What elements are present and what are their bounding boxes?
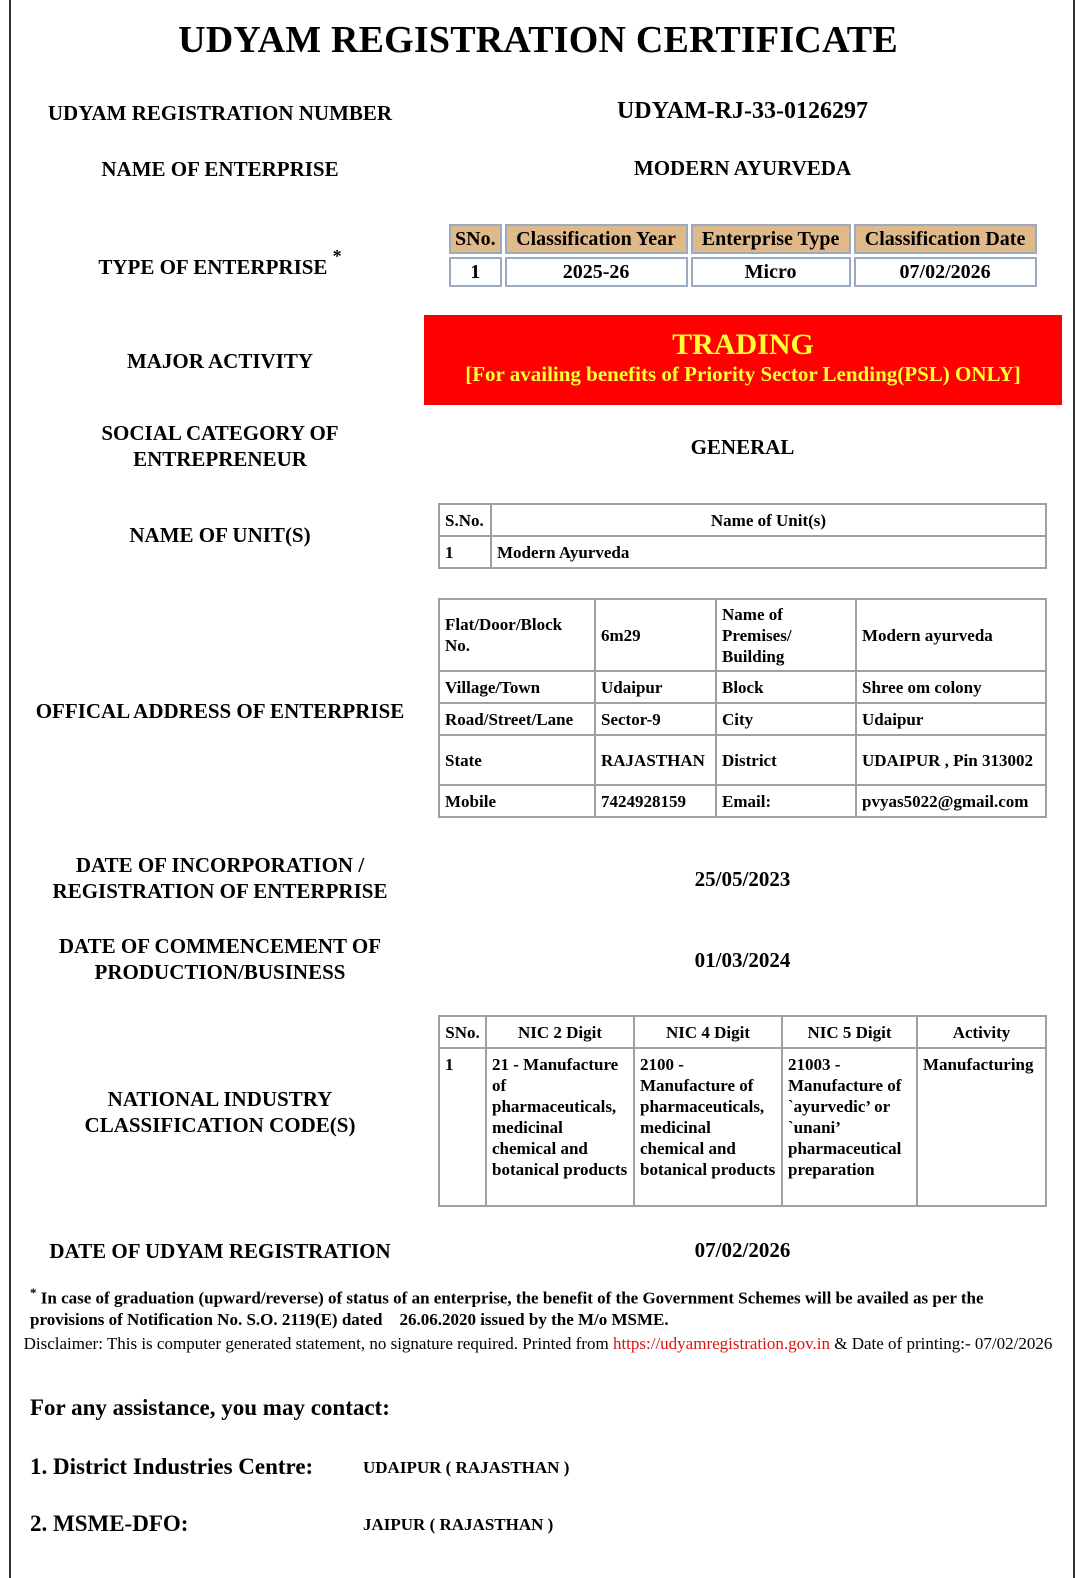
header-unit-name: Name of Unit(s) [491, 504, 1046, 536]
table-row: 1 2025-26 Micro 07/02/2026 [449, 257, 1037, 287]
cell-flat-label: Flat/Door/Block No. [439, 599, 595, 671]
units-header-row: S.No. Name of Unit(s) [439, 504, 1046, 536]
enterprise-type-label: TYPE OF ENTERPRISE * [20, 247, 420, 280]
dic-label: 1. District Industries Centre: [30, 1454, 313, 1480]
table-row: Road/Street/Lane Sector-9 City Udaipur [439, 703, 1046, 735]
enterprise-type-label-text: TYPE OF ENTERPRISE [98, 255, 327, 279]
cell-sno: 1 [449, 257, 502, 287]
footnote-asterisk: * [30, 1285, 37, 1300]
commencement-label-line1: DATE OF COMMENCEMENT OF [20, 933, 420, 959]
social-category-label-line1: SOCIAL CATEGORY OF [20, 420, 420, 446]
registration-number-value: UDYAM-RJ-33-0126297 [430, 98, 1055, 125]
incorporation-label-line2: REGISTRATION OF ENTERPRISE [20, 878, 420, 904]
nic-label-line1: NATIONAL INDUSTRY [20, 1086, 420, 1112]
cell-city-label: City [716, 703, 856, 735]
classification-table: SNo. Classification Year Enterprise Type… [446, 221, 1040, 290]
graduation-footnote: * In case of graduation (upward/reverse)… [30, 1282, 1060, 1330]
cell-block-label: Block [716, 671, 856, 703]
incorporation-label-line1: DATE OF INCORPORATION / [20, 852, 420, 878]
table-row: Mobile 7424928159 Email: pvyas5022@gmail… [439, 785, 1046, 817]
cell-nic5: 21003 - Manufacture of `ayurvedic’ or `u… [782, 1048, 917, 1206]
registration-number-label: UDYAM REGISTRATION NUMBER [20, 100, 420, 126]
header-classification-year: Classification Year [505, 224, 688, 254]
nic-table: SNo. NIC 2 Digit NIC 4 Digit NIC 5 Digit… [438, 1015, 1047, 1207]
msme-dfo-value: JAIPUR ( RAJASTHAN ) [363, 1515, 553, 1535]
header-nic2: NIC 2 Digit [486, 1016, 634, 1048]
social-category-value: GENERAL [430, 435, 1055, 460]
asterisk-marker: * [333, 246, 342, 266]
cell-state-label: State [439, 735, 595, 785]
major-activity-label: MAJOR ACTIVITY [20, 348, 420, 374]
cell-block-value: Shree om colony [856, 671, 1046, 703]
commencement-date-value: 01/03/2024 [430, 948, 1055, 973]
cell-nic4: 2100 - Manufacture of pharmaceuticals, m… [634, 1048, 782, 1206]
disclaimer: Disclaimer: This is computer generated s… [20, 1333, 1056, 1354]
cell-unit-name: Modern Ayurveda [491, 536, 1046, 568]
enterprise-name-label: NAME OF ENTERPRISE [20, 156, 420, 182]
cell-classification-year: 2025-26 [505, 257, 688, 287]
table-row: Flat/Door/Block No. 6m29 Name of Premise… [439, 599, 1046, 671]
table-row: State RAJASTHAN District UDAIPUR , Pin 3… [439, 735, 1046, 785]
cell-district-value: UDAIPUR , Pin 313002 [856, 735, 1046, 785]
disclaimer-suffix: & Date of printing:- 07/02/2026 [830, 1334, 1052, 1353]
social-category-label-line2: ENTREPRENEUR [20, 446, 420, 472]
table-row: 1 21 - Manufacture of pharmaceuticals, m… [439, 1048, 1046, 1206]
commencement-date-label: DATE OF COMMENCEMENT OF PRODUCTION/BUSIN… [20, 933, 420, 985]
header-nic5: NIC 5 Digit [782, 1016, 917, 1048]
cell-village-label: Village/Town [439, 671, 595, 703]
cell-enterprise-type: Micro [691, 257, 851, 287]
cell-nic2: 21 - Manufacture of pharmaceuticals, med… [486, 1048, 634, 1206]
units-label: NAME OF UNIT(S) [20, 522, 420, 548]
disclaimer-prefix: Disclaimer: This is computer generated s… [24, 1334, 613, 1353]
incorporation-date-value: 25/05/2023 [430, 867, 1055, 892]
address-table: Flat/Door/Block No. 6m29 Name of Premise… [438, 598, 1047, 818]
cell-email-label: Email: [716, 785, 856, 817]
cell-mobile-label: Mobile [439, 785, 595, 817]
header-sno: SNo. [449, 224, 502, 254]
nic-header-row: SNo. NIC 2 Digit NIC 4 Digit NIC 5 Digit… [439, 1016, 1046, 1048]
commencement-label-line2: PRODUCTION/BUSINESS [20, 959, 420, 985]
udyam-portal-link[interactable]: https://udyamregistration.gov.in [613, 1334, 830, 1353]
major-activity-note: [For availing benefits of Priority Secto… [424, 361, 1062, 387]
header-nic4: NIC 4 Digit [634, 1016, 782, 1048]
msme-dfo-label: 2. MSME-DFO: [30, 1511, 188, 1537]
cell-city-value: Udaipur [856, 703, 1046, 735]
header-sno: SNo. [439, 1016, 486, 1048]
address-label: OFFICAL ADDRESS OF ENTERPRISE [20, 698, 420, 724]
footnote-text: In case of graduation (upward/reverse) o… [30, 1289, 988, 1329]
nic-label: NATIONAL INDUSTRY CLASSIFICATION CODE(S) [20, 1086, 420, 1138]
cell-sno: 1 [439, 1048, 486, 1206]
major-activity-value: TRADING [424, 329, 1062, 361]
cell-premises-value: Modern ayurveda [856, 599, 1046, 671]
dic-value: UDAIPUR ( RAJASTHAN ) [363, 1458, 569, 1478]
udyam-registration-date-label: DATE OF UDYAM REGISTRATION [20, 1238, 420, 1264]
cell-state-value: RAJASTHAN [595, 735, 716, 785]
header-activity: Activity [917, 1016, 1046, 1048]
assistance-heading: For any assistance, you may contact: [30, 1395, 390, 1421]
units-table: S.No. Name of Unit(s) 1 Modern Ayurveda [438, 503, 1047, 569]
classification-header-row: SNo. Classification Year Enterprise Type… [449, 224, 1037, 254]
header-classification-date: Classification Date [854, 224, 1037, 254]
table-row: 1 Modern Ayurveda [439, 536, 1046, 568]
cell-village-value: Udaipur [595, 671, 716, 703]
header-sno: S.No. [439, 504, 491, 536]
cell-premises-label: Name of Premises/ Building [716, 599, 856, 671]
cell-mobile-value: 7424928159 [595, 785, 716, 817]
cell-road-label: Road/Street/Lane [439, 703, 595, 735]
major-activity-banner: TRADING [For availing benefits of Priori… [424, 315, 1062, 405]
certificate-title: UDYAM REGISTRATION CERTIFICATE [0, 18, 1076, 62]
table-row: Village/Town Udaipur Block Shree om colo… [439, 671, 1046, 703]
header-enterprise-type: Enterprise Type [691, 224, 851, 254]
cell-sno: 1 [439, 536, 491, 568]
cell-classification-date: 07/02/2026 [854, 257, 1037, 287]
nic-label-line2: CLASSIFICATION CODE(S) [20, 1112, 420, 1138]
enterprise-name-value: MODERN AYURVEDA [430, 156, 1055, 181]
cell-flat-value: 6m29 [595, 599, 716, 671]
udyam-registration-date-value: 07/02/2026 [430, 1238, 1055, 1263]
cell-activity: Manufacturing [917, 1048, 1046, 1206]
incorporation-date-label: DATE OF INCORPORATION / REGISTRATION OF … [20, 852, 420, 904]
cell-email-value: pvyas5022@gmail.com [856, 785, 1046, 817]
cell-road-value: Sector-9 [595, 703, 716, 735]
social-category-label: SOCIAL CATEGORY OF ENTREPRENEUR [20, 420, 420, 472]
cell-district-label: District [716, 735, 856, 785]
